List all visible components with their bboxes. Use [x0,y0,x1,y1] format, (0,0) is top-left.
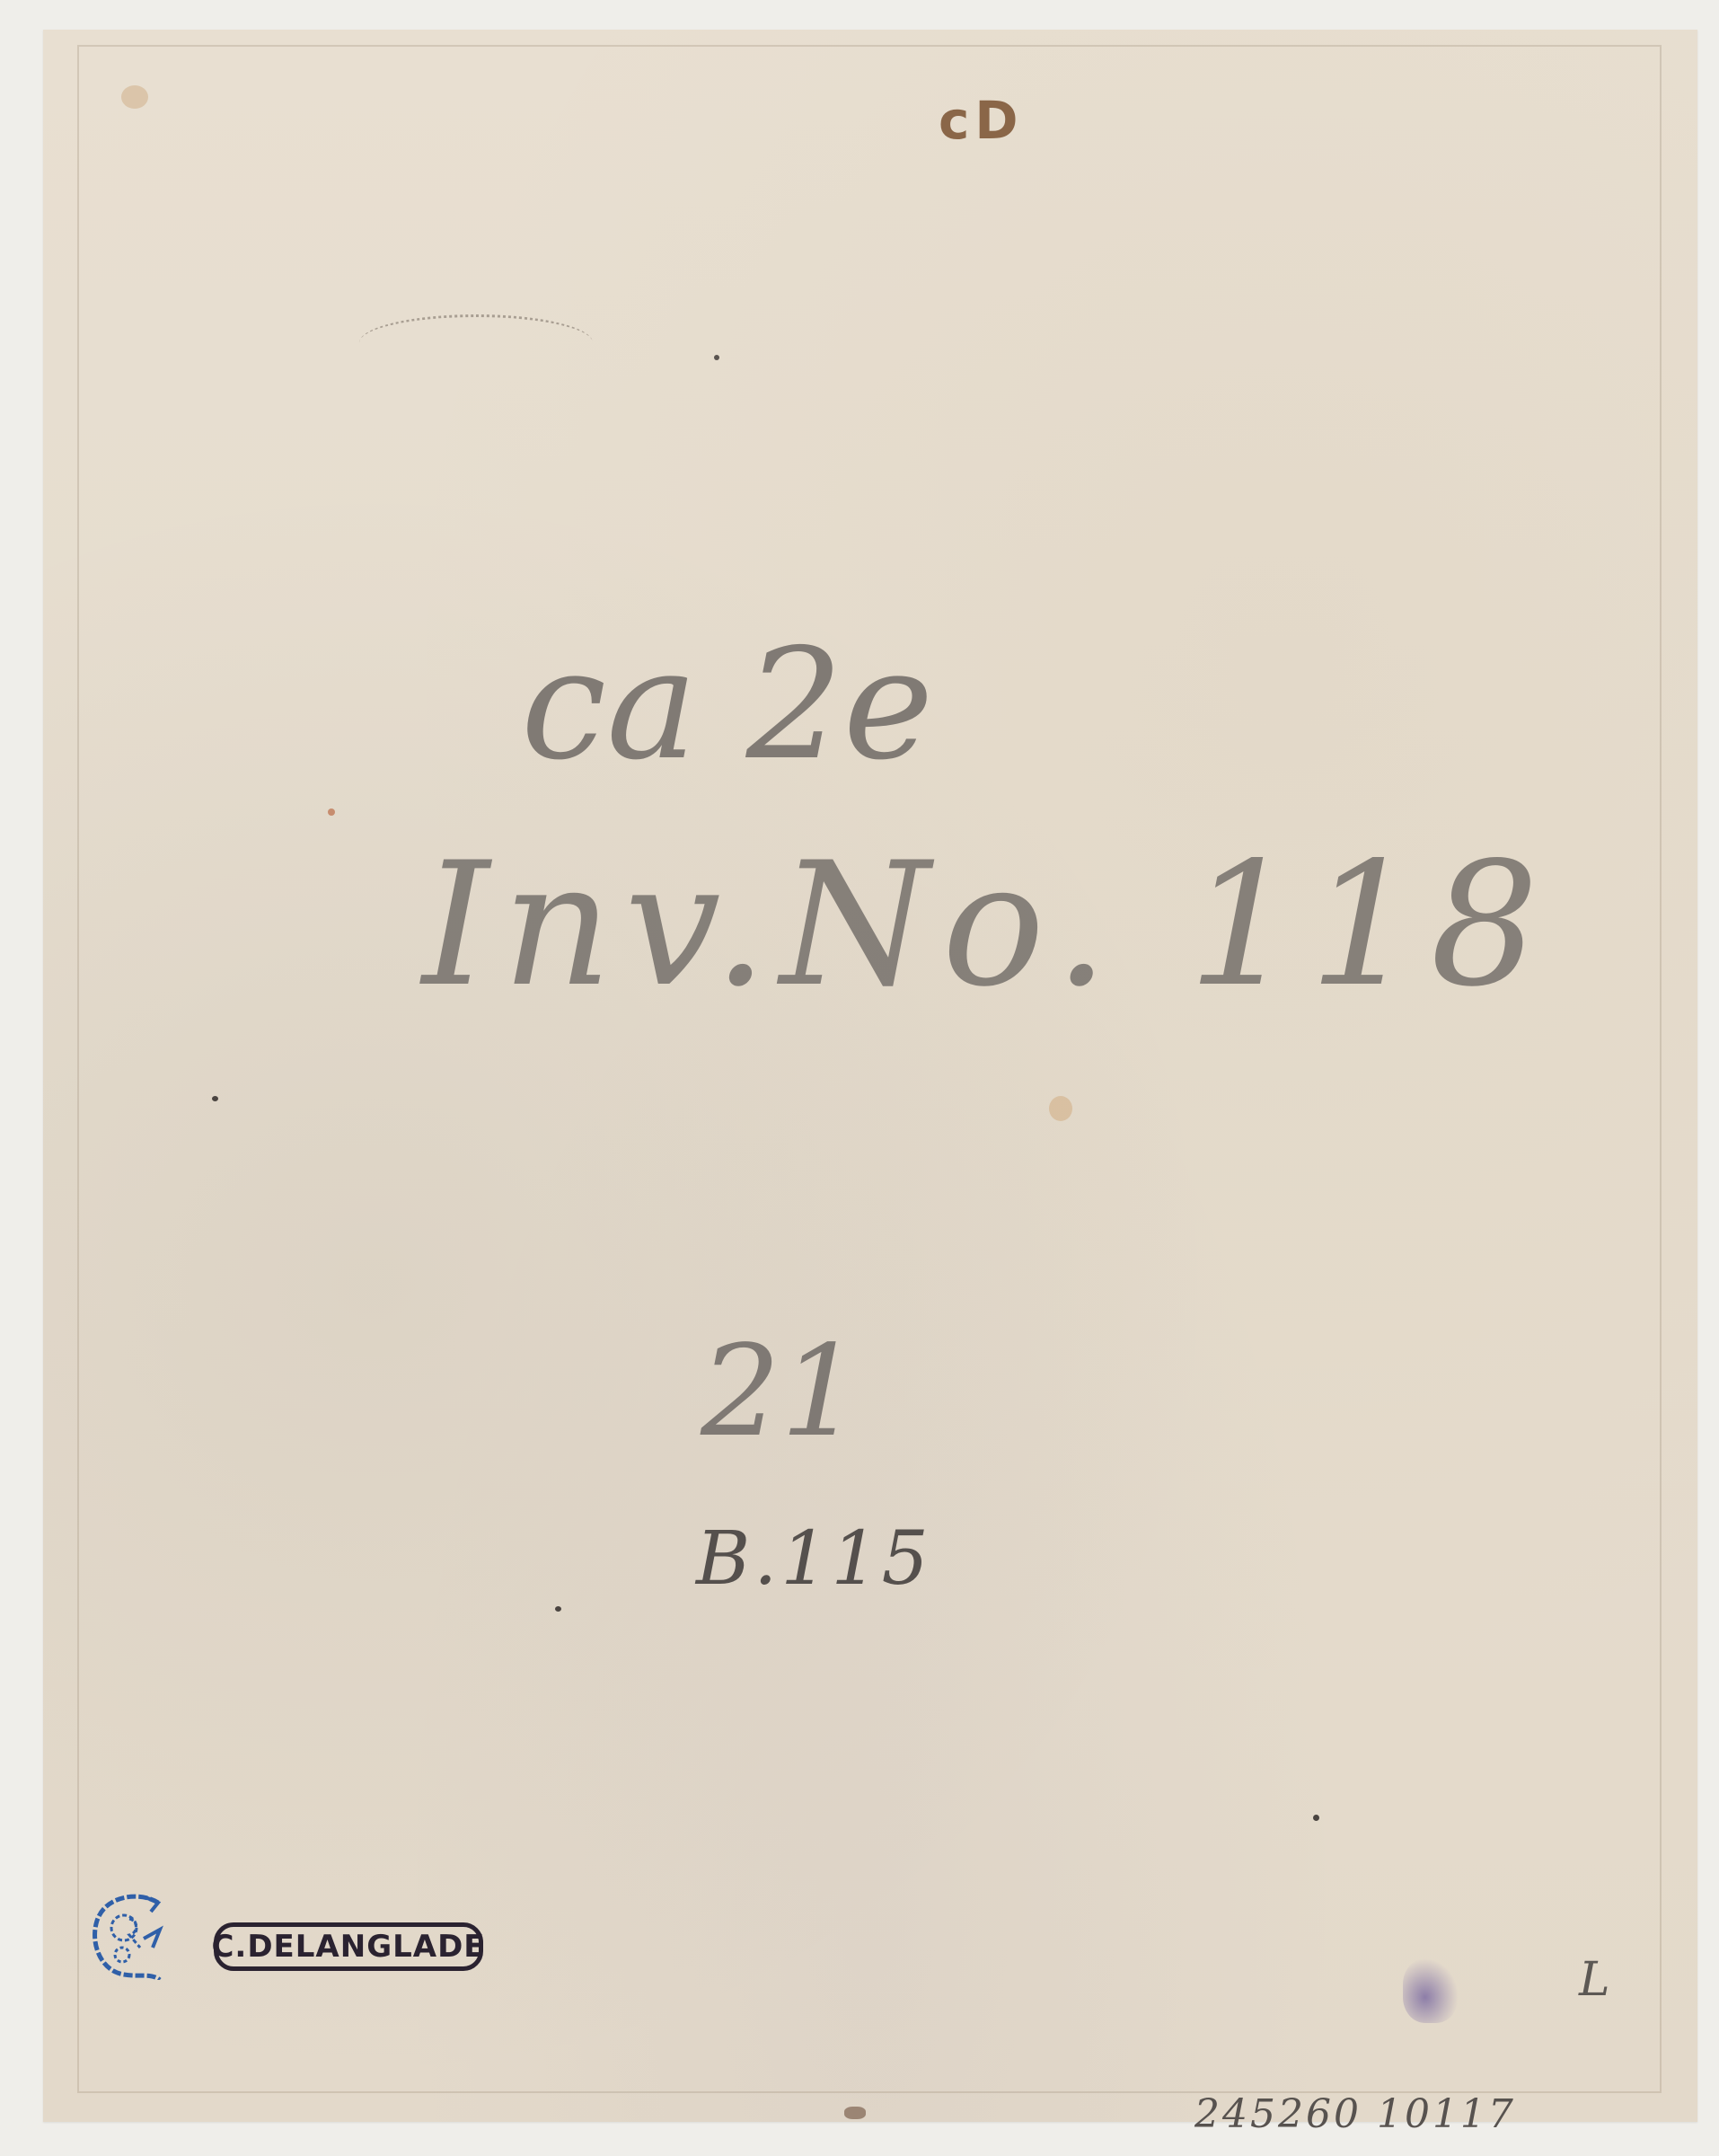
foxing-spot [1049,1096,1072,1121]
foxing-spot [121,85,148,109]
pencil-letter-l: L [1579,1957,1610,2003]
pencil-reference-b115: B.115 [696,1523,932,1596]
foxing-spot [328,808,335,816]
pencil-inventory-number: 245260 10117 [1194,2095,1516,2134]
pencil-inscription-inventory: Inv.No. 118 [422,840,1551,1011]
dirt-speck [555,1606,561,1612]
faint-curved-mark [359,314,593,371]
ink-inscription-cd: cD [939,94,1024,146]
collector-name-stamp: C.DELANGLADE [214,1922,483,1971]
monogram-stamp-icon [88,1894,171,1980]
plate-mark-border [77,45,1662,2093]
dirt-speck [1313,1815,1319,1821]
pencil-smudge [844,2107,866,2119]
violet-ink-stain [1403,1958,1459,2023]
dirt-speck [714,355,719,360]
paper-sheet [43,30,1697,2122]
pencil-inscription-ca: ca 2e [521,629,933,782]
dirt-speck [212,1096,218,1101]
pencil-number-21: 21 [701,1330,860,1455]
